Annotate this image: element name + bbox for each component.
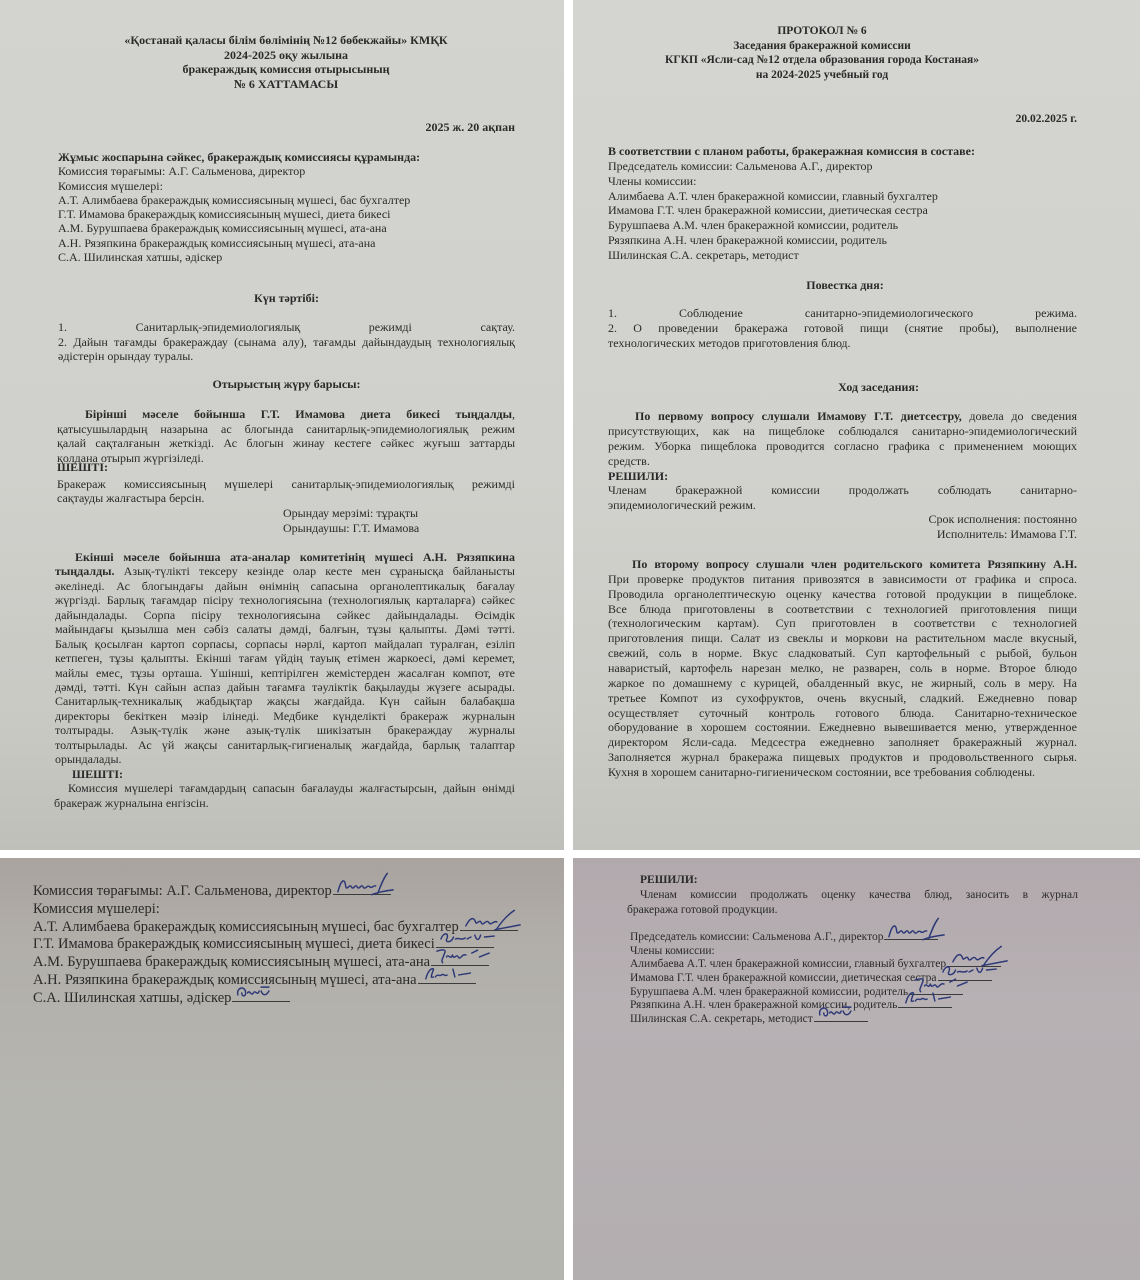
member-line: А.Т. Алимбаева бракераждық комиссиясының… <box>58 193 515 207</box>
member-list: Председатель комиссии: Сальменова А.Г., … <box>608 159 1077 263</box>
item1-decision-label: ШЕШТІ: <box>57 460 257 475</box>
line-text: свежий, соль в норме. Вкус сладковатый. … <box>608 646 1077 660</box>
line-text: Председатель комиссии: Сальменова А.Г., … <box>630 931 883 943</box>
line-text: , <box>512 407 515 421</box>
title-line: КГКП «Ясли-сад №12 отдела образования го… <box>608 53 1036 68</box>
member-line: Бурушпаева А.М. член бракеражной комисси… <box>608 218 1077 233</box>
member-line: А.Н. Рязяпкина бракераждық комиссиясының… <box>58 236 515 250</box>
line-text: бракераж журналына енгізсін. <box>54 796 209 810</box>
line-text: довела до сведения <box>962 409 1077 423</box>
text-line: приготовления пищи. Салат из свеклы и мо… <box>608 631 1077 646</box>
line-text: дайындалады. Сорпа пісіру технологиясына… <box>55 608 515 622</box>
text-line: жаркое по домашнему с курицей, обалденны… <box>608 676 1077 691</box>
member-line: С.А. Шилинская хатшы, әдіскер <box>58 250 515 264</box>
composition-heading: Жұмыс жоспарына сәйкес, бракераждық коми… <box>58 150 515 164</box>
text-line: директоры бекіткен мәзір ілінеді. Медбик… <box>55 709 515 723</box>
line-text: А.Т. Алимбаева бракераждық комиссиясының… <box>58 193 410 207</box>
line-text: Заполняется журнал бракеража пищевых про… <box>608 750 1077 764</box>
text-line: осуществляет суточный контроль готового … <box>608 706 1077 721</box>
line-text: третьее Компот из сухофруктов, очень вку… <box>608 691 1077 705</box>
text-line: Членам бракеражной комиссии продолжать с… <box>608 483 1077 498</box>
line-text: Г.Т. Имамова бракераждық комиссиясының м… <box>33 936 435 952</box>
item2-decision: Комиссия мүшелері тағамдардың сапасын ба… <box>54 781 515 811</box>
line-text: кетпеген, тұзы қалыпты. Екінші тағам үйд… <box>55 651 515 665</box>
text-line: При проверке продуктов питания привозятс… <box>608 572 1077 587</box>
handwritten-signature-icon <box>335 872 397 898</box>
line-text: Кухня в хорошем санитарно-гигиеническом … <box>608 765 1035 779</box>
text-line: бракераж журналына енгізсін. <box>54 796 515 811</box>
line-text: Имамова Г.Т. член бракеражной комиссии, … <box>630 972 937 984</box>
commission-composition: В соответствии с планом работы, бракераж… <box>608 144 1077 263</box>
line-text: майлы емес, тұзы орташа. Үшінші, кептірі… <box>55 666 515 680</box>
line-text: Срок исполнения: постоянно <box>928 512 1077 526</box>
line-text: Алимбаева А.Т. член бракеражной комиссии… <box>608 189 938 203</box>
text-line: наваристый, картофель нарезан мелко, не … <box>608 661 1077 676</box>
title-line: 2024-2025 оқу жылына <box>55 48 517 63</box>
handwritten-signature-icon <box>900 985 962 1011</box>
text-line: По второму вопросу слушали член родитель… <box>608 557 1077 572</box>
title-line: Заседания бракеражной комиссии <box>608 39 1036 54</box>
text-line: третьее Компот из сухофруктов, очень вку… <box>608 691 1077 706</box>
line-text: (технологическим картам). Суп приготовле… <box>608 616 1077 630</box>
member-line: Члены комиссии: <box>608 174 1077 189</box>
line-text: бракеража готовой продукции. <box>627 904 778 916</box>
line-text: Алимбаева А.Т. член бракеражной комиссии… <box>630 958 946 970</box>
member-line: Алимбаева А.Т. член бракеражной комиссии… <box>608 189 1077 204</box>
line-text: Г.Т. Имамова бракераждық комиссиясының м… <box>58 207 390 221</box>
signatory-line: Комиссия төрағымы: А.Г. Сальменова, дире… <box>33 883 558 901</box>
protocol-date: 20.02.2025 г. <box>608 112 1077 127</box>
text-line: директором Ясли-сада. Медсестра ежедневн… <box>608 735 1077 750</box>
text-line: Все блюда приготовлены в соответствии с … <box>608 602 1077 617</box>
item2-decision-label: ШЕШТІ: <box>72 767 272 782</box>
line-text: сақтауды жалғастыра берсін. <box>57 491 204 505</box>
line-text: Шилинская С.А. секретарь, методист <box>630 1013 813 1025</box>
line-text: қалай сақталғанын жеткізді. Ас блогын жи… <box>57 436 515 450</box>
line-text: жүргізді. Барлық тағамдар пісіру техноло… <box>55 593 515 607</box>
line-text: Шилинская С.А. секретарь, методист <box>608 248 799 262</box>
russian-signatures-page: РЕШИЛИ: Членам комиссии продолжать оценк… <box>573 858 1140 1280</box>
signatory-line: Шилинская С.А. секретарь, методист <box>630 1013 1130 1027</box>
agenda-heading: Повестка дня: <box>608 278 1082 293</box>
line-text: ПРОТОКОЛ № 6 <box>777 25 866 37</box>
signatory-line: Рязяпкина А.Н. член бракеражной комиссии… <box>630 999 1130 1013</box>
signature-line <box>884 939 938 940</box>
line-text: Комиссия мүшелері: <box>33 901 160 917</box>
execution-line: Исполнитель: Имамова Г.Т. <box>808 527 1077 542</box>
line-text: қатысушылардың назарына ас блогында сани… <box>57 422 515 436</box>
agenda-item: 2. О проведении бракеража готовой пищи (… <box>608 321 1077 336</box>
title-line: на 2024-2025 учебный год <box>608 68 1036 83</box>
member-line: Комиссия төрағымы: А.Г. Сальменова, дире… <box>58 164 515 178</box>
execution-line: Срок исполнения: постоянно <box>808 512 1077 527</box>
member-line: Председатель комиссии: Сальменова А.Г., … <box>608 159 1077 174</box>
line-text: А.Т. Алимбаева бракераждық комиссиясының… <box>33 919 459 935</box>
bold-lead-text: Бірінші мәселе бойынша Г.Т. Имамова диет… <box>85 407 512 421</box>
text-line: толтырылады. Ас үй жақсы санитарлық-гиги… <box>55 738 515 752</box>
item2-paragraph: По второму вопросу слушали член родитель… <box>608 557 1077 780</box>
signatory-line: Председатель комиссии: Сальменова А.Г., … <box>630 931 1130 945</box>
item1-paragraph: Бірінші мәселе бойынша Г.Т. Имамова диет… <box>57 407 515 465</box>
line-text: Члены комиссии: <box>608 174 696 188</box>
member-line: Рязяпкина А.Н. член бракеражной комиссии… <box>608 233 1077 248</box>
proceedings-heading: Отырыстың жүру барысы: <box>58 377 515 392</box>
signatory-line: С.А. Шилинская хатшы, әдіскер <box>33 990 558 1008</box>
handwritten-signature-icon <box>886 917 948 943</box>
kazakh-signatures-page: Комиссия төрағымы: А.Г. Сальменова, дире… <box>0 858 564 1280</box>
text-line: Членам комиссии продолжать оценку качест… <box>627 888 1078 903</box>
agenda-heading: Күн тәртібі: <box>58 291 515 306</box>
decision-label: РЕШИЛИ: <box>608 469 808 484</box>
text-line: жүргізді. Барлық тағамдар пісіру техноло… <box>55 593 515 607</box>
proceedings-section: Ход заседания: <box>644 380 1113 395</box>
line-text: При проверке продуктов питания привозятс… <box>608 572 1077 586</box>
signatory-line: Члены комиссии: <box>630 945 1130 959</box>
signature-line <box>814 1021 868 1022</box>
line-text: 2. О проведении бракеража готовой пищи (… <box>608 321 1077 335</box>
agenda-section: Повестка дня: <box>608 278 1082 293</box>
line-text: директором Ясли-сада. Медсестра ежедневн… <box>608 735 1077 749</box>
line-text: А.Н. Рязяпкина бракераждық комиссиясының… <box>58 236 375 250</box>
text-line: сақтауды жалғастыра берсін. <box>57 491 515 505</box>
line-text: наваристый, картофель нарезан мелко, не … <box>608 661 1077 675</box>
handwritten-signature-icon <box>420 961 482 987</box>
agenda-list: 1. Соблюдение санитарно-эпидемиологическ… <box>608 306 1077 351</box>
text-line: свежий, соль в норме. Вкус сладковатый. … <box>608 646 1077 661</box>
item1-execution: Орындау мерзімі: тұрақтыОрындаушы: Г.Т. … <box>283 506 515 535</box>
text-line: Балық қосылған картоп сорпасы, сорпасы н… <box>55 637 515 651</box>
title-line: ПРОТОКОЛ № 6 <box>608 24 1036 39</box>
handwritten-signature-icon <box>816 999 878 1025</box>
line-text: Бурушпаева А.М. член бракеражной комисси… <box>608 218 898 232</box>
agenda-item: 2. Дайын тағамды бракераждау (сынама алу… <box>58 335 515 350</box>
date-text: 2025 ж. 20 ақпан <box>55 120 515 135</box>
line-text: Членам бракеражной комиссии продолжать с… <box>608 483 1077 497</box>
decision-label: ШЕШТІ: <box>72 767 272 782</box>
bold-lead-text: По второму вопросу слушали член родитель… <box>632 557 1077 571</box>
member-line: А.М. Бурушпаева бракераждық комиссиясыны… <box>58 221 515 235</box>
line-text: 2024-2025 оқу жылына <box>224 48 348 62</box>
text-line: Бірінші мәселе бойынша Г.Т. Имамова диет… <box>57 407 515 422</box>
protocol-date: 2025 ж. 20 ақпан <box>55 120 515 135</box>
line-text: толтырылады. Ас үй жақсы санитарлық-гиги… <box>55 738 515 752</box>
line-text: Имамова Г.Т. член бракеражной комиссии, … <box>608 203 928 217</box>
line-text: бракераждық комиссия отырысының <box>182 62 389 76</box>
text-line: орындалады. <box>55 752 515 766</box>
text-line: средств. <box>608 454 1077 469</box>
line-text: приготовления пищи. Салат из свеклы и мо… <box>608 631 1077 645</box>
line-text: 1. Санитарлық-эпидемиологиялық режимді с… <box>58 320 515 334</box>
signature-line <box>232 1001 290 1002</box>
line-text: Проводила органолептическую оценку качес… <box>608 587 1077 601</box>
execution-line: Орындау мерзімі: тұрақты <box>283 506 515 521</box>
line-text: А.М. Бурушпаева бракераждық комиссиясыны… <box>33 954 430 970</box>
signatory-line: Алимбаева А.Т. член бракеражной комиссии… <box>630 958 1130 972</box>
line-text: 1. Соблюдение санитарно-эпидемиологическ… <box>608 306 1077 320</box>
execution-line: Орындаушы: Г.Т. Имамова <box>283 521 515 536</box>
line-text: Орындаушы: Г.Т. Имамова <box>283 521 419 535</box>
text-line: присутствующих, как на пищеблоке соблюда… <box>608 424 1077 439</box>
line-text: КГКП «Ясли-сад №12 отдела образования го… <box>665 54 979 66</box>
text-line: Екінші мәселе бойынша ата-аналар комитет… <box>55 550 515 564</box>
final-decision: Членам комиссии продолжать оценку качест… <box>627 888 1078 918</box>
russian-protocol-page: ПРОТОКОЛ № 6Заседания бракеражной комисс… <box>573 0 1140 850</box>
item1-decision: Бракераж комиссиясының мүшелері санитарл… <box>57 477 515 506</box>
text-line: майындағы қызылша мен сәбіз салаты дәмді… <box>55 622 515 636</box>
line-text: Бракераж комиссиясының мүшелері санитарл… <box>57 477 515 491</box>
line-text: Санитарлық-техникалық жабдықтар жақсы жа… <box>55 694 515 708</box>
line-text: толтырады. Азық-түлік және азық-түлік ши… <box>55 723 515 737</box>
text-line: Бракераж комиссиясының мүшелері санитарл… <box>57 477 515 491</box>
line-text: Комиссия төрағымы: А.Г. Сальменова, дире… <box>33 883 332 899</box>
line-text: средств. <box>608 454 650 468</box>
kazakh-protocol-page: «Қостанай қаласы білім бөлімінің №12 бөб… <box>0 0 564 850</box>
line-text: осуществляет суточный контроль готового … <box>608 706 1077 720</box>
decision-label: РЕШИЛИ: <box>640 873 840 888</box>
line-text: Заседания бракеражной комиссии <box>733 40 911 52</box>
bold-lead-text: тыңдалды. <box>55 564 115 578</box>
text-line: Кухня в хорошем санитарно-гигиеническом … <box>608 765 1077 780</box>
decision-section: РЕШИЛИ: <box>640 873 840 888</box>
commission-composition: Жұмыс жоспарына сәйкес, бракераждық коми… <box>58 150 515 264</box>
signature-list: Председатель комиссии: Сальменова А.Г., … <box>630 931 1130 1027</box>
text-line: қалай сақталғанын жеткізді. Ас блогын жи… <box>57 436 515 451</box>
member-line: Г.Т. Имамова бракераждық комиссиясының м… <box>58 207 515 221</box>
line-text: Председатель комиссии: Сальменова А.Г., … <box>608 159 873 173</box>
text-line: толтырады. Азық-түлік және азық-түлік ши… <box>55 723 515 737</box>
line-text: режим. Уборка пищеблока проводится согла… <box>608 439 1077 453</box>
line-text: С.А. Шилинская хатшы, әдіскер <box>33 990 231 1006</box>
line-text: присутствующих, как на пищеблоке соблюда… <box>608 424 1077 438</box>
member-list: Комиссия төрағымы: А.Г. Сальменова, дире… <box>58 164 515 264</box>
item1-paragraph: По первому вопросу слушали Имамову Г.Т. … <box>608 409 1077 469</box>
agenda-item: әдістерін орындау туралы. <box>58 349 515 364</box>
line-text: Комиссия төрағымы: А.Г. Сальменова, дире… <box>58 164 305 178</box>
signature-line <box>333 894 391 895</box>
bold-lead-text: Екінші мәселе бойынша ата-аналар комитет… <box>75 550 515 564</box>
line-text: технологических методов приготовления бл… <box>608 336 851 350</box>
line-text: эпидемиологический режим. <box>608 498 756 512</box>
line-text: Бурушпаева А.М. член бракеражной комисси… <box>630 986 908 998</box>
agenda-section: Күн тәртібі: <box>58 291 515 306</box>
line-text: орындалады. <box>55 752 122 766</box>
title-line: «Қостанай қаласы білім бөлімінің №12 бөб… <box>55 33 517 48</box>
agenda-list: 1. Санитарлық-эпидемиологиялық режимді с… <box>58 320 515 364</box>
title-line: № 6 ХАТТАМАСЫ <box>55 77 517 92</box>
text-line: дәмді, тәтті. Күн сайын аспаз дайын таға… <box>55 680 515 694</box>
line-text: директоры бекіткен мәзір ілінеді. Медбик… <box>55 709 515 723</box>
line-text: Балық қосылған картоп сорпасы, сорпасы н… <box>55 637 515 651</box>
document-title: «Қостанай қаласы білім бөлімінің №12 бөб… <box>55 33 517 91</box>
line-text: «Қостанай қаласы білім бөлімінің №12 бөб… <box>124 33 447 47</box>
line-text: С.А. Шилинская хатшы, әдіскер <box>58 250 222 264</box>
signatory-line: Имамова Г.Т. член бракеражной комиссии, … <box>630 972 1130 986</box>
composition-heading: В соответствии с планом работы, бракераж… <box>608 144 1077 159</box>
line-text: А.М. Бурушпаева бракераждық комиссиясыны… <box>58 221 387 235</box>
line-text: Члены комиссии: <box>630 945 715 957</box>
member-line: Комиссия мүшелері: <box>58 179 515 193</box>
member-line: Шилинская С.А. секретарь, методист <box>608 248 1077 263</box>
text-line: Проводила органолептическую оценку качес… <box>608 587 1077 602</box>
text-line: бракеража готовой продукции. <box>627 903 1078 918</box>
bold-lead-text: По первому вопросу слушали Имамову Г.Т. … <box>635 409 962 423</box>
line-text: Исполнитель: Имамова Г.Т. <box>937 527 1077 541</box>
line-text: майындағы қызылша мен сәбіз салаты дәмді… <box>55 622 515 636</box>
member-line: Имамова Г.Т. член бракеражной комиссии, … <box>608 203 1077 218</box>
text-line: (технологическим картам). Суп приготовле… <box>608 616 1077 631</box>
item1-execution: Срок исполнения: постоянноИсполнитель: И… <box>808 512 1077 542</box>
line-text: оборудование в хорошем состоянии. Ежедне… <box>608 720 1077 734</box>
decision-label: ШЕШТІ: <box>57 460 257 475</box>
signature-line <box>418 983 476 984</box>
signature-list: Комиссия төрағымы: А.Г. Сальменова, дире… <box>33 883 558 1008</box>
handwritten-signature-icon <box>234 979 296 1005</box>
document-title: ПРОТОКОЛ № 6Заседания бракеражной комисс… <box>608 24 1036 82</box>
proceedings-heading: Ход заседания: <box>644 380 1113 395</box>
text-line: кетпеген, тұзы қалыпты. Екінші тағам үйд… <box>55 651 515 665</box>
text-line: оборудование в хорошем состоянии. Ежедне… <box>608 720 1077 735</box>
title-line: бракераждық комиссия отырысының <box>55 62 517 77</box>
line-text: Комиссия мүшелері тағамдардың сапасын ба… <box>68 781 515 795</box>
line-text: А.Н. Рязяпкина бракераждық комиссиясының… <box>33 972 417 988</box>
line-text: әкелінеді. Ас блогындағы дайын өнімнің с… <box>55 579 515 593</box>
line-text: Комиссия мүшелері: <box>58 179 163 193</box>
item1-decision: Членам бракеражной комиссии продолжать с… <box>608 483 1077 512</box>
agenda-item: технологических методов приготовления бл… <box>608 336 1077 351</box>
item2-paragraph: Екінші мәселе бойынша ата-аналар комитет… <box>55 550 515 767</box>
text-line: тыңдалды. Азық-түлікті тексеру кезінде о… <box>55 564 515 578</box>
text-line: әкелінеді. Ас блогындағы дайын өнімнің с… <box>55 579 515 593</box>
line-text: әдістерін орындау туралы. <box>58 349 193 363</box>
text-line: Комиссия мүшелері тағамдардың сапасын ба… <box>54 781 515 796</box>
line-text: Членам комиссии продолжать оценку качест… <box>640 889 1078 901</box>
line-text: дәмді, тәтті. Күн сайын аспаз дайын таға… <box>55 680 515 694</box>
text-line: По первому вопросу слушали Имамову Г.Т. … <box>608 409 1077 424</box>
line-text: Азық-түлікті тексеру кезінде олар кесте … <box>115 564 515 578</box>
date-text: 20.02.2025 г. <box>608 112 1077 127</box>
text-line: дайындалады. Сорпа пісіру технологиясына… <box>55 608 515 622</box>
text-line: режим. Уборка пищеблока проводится согла… <box>608 439 1077 454</box>
agenda-item: 1. Соблюдение санитарно-эпидемиологическ… <box>608 306 1077 321</box>
text-line: майлы емес, тұзы орташа. Үшінші, кептірі… <box>55 666 515 680</box>
proceedings-section: Отырыстың жүру барысы: <box>58 377 515 392</box>
text-line: қатысушылардың назарына ас блогында сани… <box>57 422 515 437</box>
line-text: 2. Дайын тағамды бракераждау (сынама алу… <box>58 335 515 349</box>
signature-line <box>898 1007 952 1008</box>
line-text: Орындау мерзімі: тұрақты <box>283 506 418 520</box>
item1-decision-label: РЕШИЛИ: <box>608 469 808 484</box>
text-line: эпидемиологический режим. <box>608 498 1077 513</box>
text-line: Санитарлық-техникалық жабдықтар жақсы жа… <box>55 694 515 708</box>
line-text: № 6 ХАТТАМАСЫ <box>234 77 338 91</box>
line-text: Все блюда приготовлены в соответствии с … <box>608 602 1077 616</box>
text-line: Заполняется журнал бракеража пищевых про… <box>608 750 1077 765</box>
line-text: на 2024-2025 учебный год <box>756 69 888 81</box>
line-text: Рязяпкина А.Н. член бракеражной комиссии… <box>608 233 887 247</box>
agenda-item: 1. Санитарлық-эпидемиологиялық режимді с… <box>58 320 515 335</box>
signatory-line: Бурушпаева А.М. член бракеражной комисси… <box>630 986 1130 1000</box>
line-text: жаркое по домашнему с курицей, обалденны… <box>608 676 1077 690</box>
